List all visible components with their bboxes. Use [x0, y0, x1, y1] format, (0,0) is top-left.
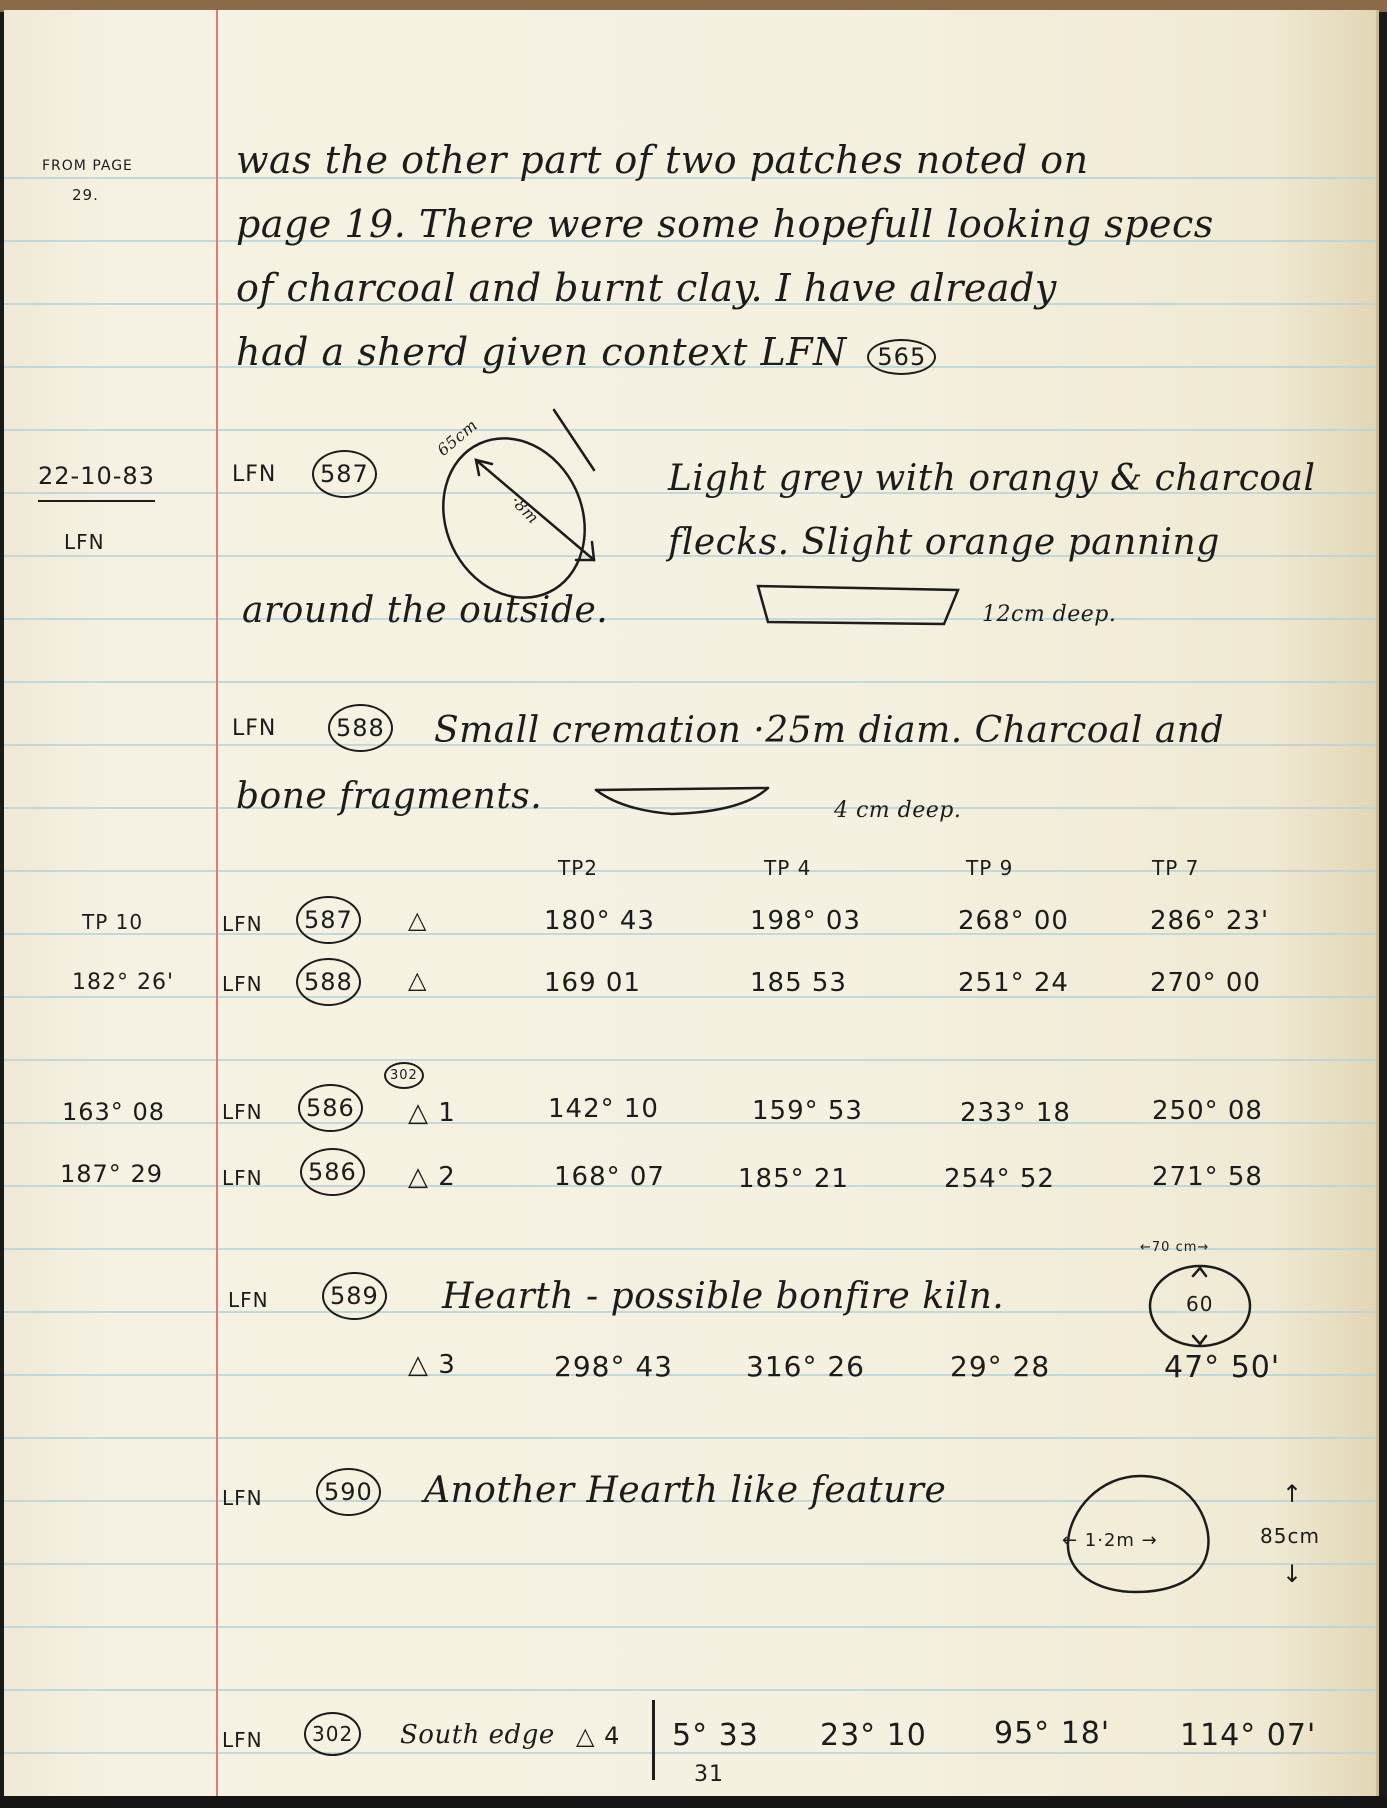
notebook-page: FROM PAGE 29. 22-10-83 LFN was the other…: [4, 10, 1379, 1796]
entry-302-sub-value: 31: [694, 1762, 724, 1787]
table-row-prefix: LFN: [222, 912, 263, 936]
arrow-down-icon: ↓: [1282, 1560, 1303, 1588]
table-row-context: 586: [298, 1084, 363, 1132]
entry-589-value: 316° 26: [746, 1350, 865, 1383]
station-triangle-icon: △: [408, 966, 427, 994]
table-cell: 286° 23': [1150, 906, 1269, 936]
table-header-tp7: TP 7: [1152, 856, 1199, 880]
entry-588-desc-1: Small cremation ·25m diam. Charcoal and: [434, 710, 1224, 751]
table-row-context: 586: [300, 1148, 365, 1196]
table-cell: 198° 03: [750, 906, 861, 936]
entry-590-sketch-width: ← 1·2m →: [1062, 1530, 1158, 1551]
ruled-line: [4, 1437, 1376, 1439]
intro-line-2: page 19. There were some hopefull lookin…: [236, 202, 1214, 246]
table-cell: 271° 58: [1152, 1162, 1263, 1192]
ruled-line: [4, 1626, 1376, 1628]
entry-589-number: 589: [322, 1272, 387, 1320]
entry-302-value: 23° 10: [820, 1718, 927, 1753]
table-row-context: 587: [296, 896, 361, 944]
intro-line-4-text: had a sherd given context LFN: [236, 330, 847, 374]
table-row-context: 588: [296, 958, 361, 1006]
entry-302-value: 95° 18': [994, 1716, 1110, 1751]
margin-date: 22-10-83: [38, 462, 155, 502]
entry-590-desc: Another Hearth like feature: [424, 1470, 946, 1511]
margin-from-page-number: 29.: [72, 186, 99, 204]
entry-588-depth: 4 cm deep.: [834, 798, 961, 823]
station-triangle-icon: △ 3: [408, 1350, 456, 1380]
entry-302-desc: South edge: [400, 1720, 555, 1750]
entry-587-number: 587: [312, 450, 377, 498]
table-cell: 185° 21: [738, 1164, 849, 1194]
intro-line-1: was the other part of two patches noted …: [236, 138, 1089, 182]
station-triangle-icon: △ 1: [408, 1098, 456, 1128]
entry-590-sketch-height: 85cm: [1260, 1524, 1320, 1548]
table-cell: 254° 52: [944, 1164, 1055, 1194]
entry-587-prefix: LFN: [232, 462, 276, 487]
hearth-sketch-inner: 60: [1186, 1292, 1213, 1316]
station-triangle-icon: △ 4: [576, 1722, 620, 1750]
table-cell: 159° 53: [752, 1096, 863, 1126]
entry-302-prefix: LFN: [222, 1728, 263, 1752]
entry-302-value: 5° 33: [672, 1718, 759, 1753]
entry-590-prefix: LFN: [222, 1486, 263, 1510]
entry-589-desc: Hearth - possible bonfire kiln.: [442, 1276, 1004, 1317]
entry-590-number: 590: [316, 1468, 381, 1516]
table-cell: 268° 00: [958, 906, 1069, 936]
table-cell: 168° 07: [554, 1162, 665, 1192]
ruled-line: [4, 1689, 1376, 1691]
ruled-line: [4, 681, 1376, 683]
ruled-line: [4, 618, 1376, 620]
entry-587-desc-2: flecks. Slight orange panning: [668, 522, 1220, 563]
intro-line-4: had a sherd given context LFN 565: [236, 330, 936, 375]
context-note-302: 302: [384, 1062, 424, 1089]
table-row-prefix: LFN: [222, 1100, 263, 1124]
entry-588-prefix: LFN: [232, 716, 276, 741]
margin-tp10-value: 187° 29: [60, 1160, 163, 1188]
entry-588-number: 588: [328, 704, 393, 752]
pit-section-sketch-icon: [754, 582, 964, 632]
hearth-sketch-width: ←70 cm→: [1140, 1240, 1209, 1255]
red-margin-line: [216, 10, 218, 1796]
entry-589-value: 298° 43: [554, 1350, 673, 1383]
divider-stroke: [652, 1700, 655, 1780]
table-cell: 180° 43: [544, 906, 655, 936]
entry-589-value: 29° 28: [950, 1350, 1050, 1383]
entry-589-prefix: LFN: [228, 1288, 269, 1312]
entry-588-desc-2: bone fragments.: [236, 776, 542, 817]
ruled-line: [4, 1059, 1376, 1061]
table-cell: 250° 08: [1152, 1096, 1263, 1126]
entry-587-depth: 12cm deep.: [982, 602, 1116, 627]
table-cell: 169 01: [544, 968, 641, 998]
table-header-tp9: TP 9: [966, 856, 1013, 880]
entry-587-desc-1: Light grey with orangy & charcoal: [668, 458, 1316, 499]
entry-302-number: 302: [304, 1712, 361, 1756]
table-header-tp2: TP2: [558, 856, 598, 880]
notebook-bottom-edge: [0, 1796, 1387, 1808]
margin-tp10-value: 163° 08: [62, 1098, 165, 1126]
ruled-line: [4, 429, 1376, 431]
margin-from-page: FROM PAGE: [42, 158, 133, 174]
table-row-prefix: LFN: [222, 1166, 263, 1190]
intro-line-3: of charcoal and burnt clay. I have alrea…: [236, 266, 1057, 310]
context-number-565: 565: [867, 339, 936, 375]
margin-tp10-label: TP 10: [82, 910, 143, 934]
table-row-prefix: LFN: [222, 972, 263, 996]
table-cell: 233° 18: [960, 1098, 1071, 1128]
entry-589-value: 47° 50': [1164, 1350, 1280, 1385]
margin-tp10-value: 182° 26': [72, 970, 174, 995]
cremation-section-sketch-icon: [592, 782, 772, 822]
table-cell: 142° 10: [548, 1094, 659, 1124]
margin-date-sub: LFN: [64, 530, 105, 554]
table-cell: 251° 24: [958, 968, 1069, 998]
entry-587-desc-3: around the outside.: [242, 590, 608, 631]
arrow-up-icon: ↑: [1282, 1480, 1303, 1508]
table-header-tp4: TP 4: [764, 856, 811, 880]
table-cell: 185 53: [750, 968, 847, 998]
entry-302-value: 114° 07': [1180, 1718, 1316, 1753]
station-triangle-icon: △ 2: [408, 1162, 456, 1192]
station-triangle-icon: △: [408, 906, 427, 934]
table-cell: 270° 00: [1150, 968, 1261, 998]
